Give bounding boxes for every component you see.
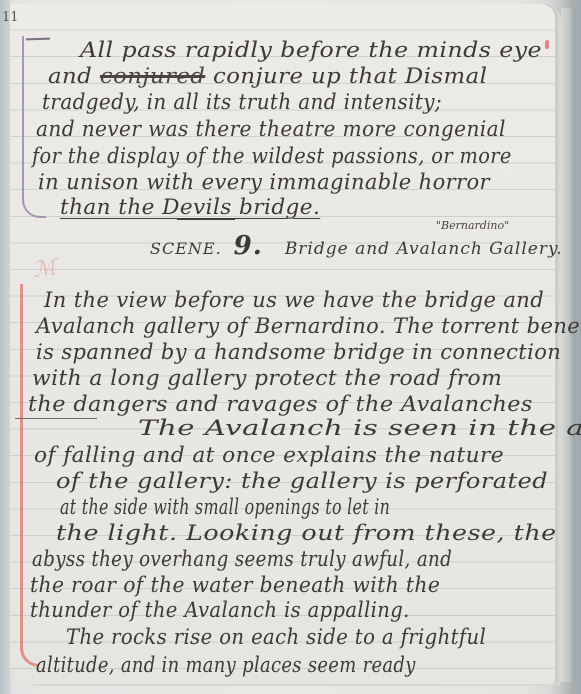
text-line: is spanned by a handsome bridge in conne… <box>36 340 561 364</box>
text-line: of falling and at once explains the natu… <box>34 443 504 467</box>
text-line: for the display of the wildest passions,… <box>32 144 512 168</box>
text-line: and never was there theatre more congeni… <box>36 117 506 141</box>
section-divider <box>177 218 235 220</box>
text-line: of the gallery: the gallery is perforate… <box>56 469 548 493</box>
text-line: the light. Looking out from these, the <box>56 521 557 545</box>
text-line: at the side with small openings to let i… <box>60 495 390 519</box>
text-line: The rocks rise on each side to a frightf… <box>66 625 486 649</box>
paragraph-rule <box>15 418 97 419</box>
red-ink-spot <box>545 40 549 49</box>
text-line: abyss they overhang seems truly awful, a… <box>32 547 452 571</box>
text-fragment <box>205 64 213 88</box>
struck-word: conjured <box>100 64 205 88</box>
text-line: All pass rapidly before the minds eye <box>80 38 542 62</box>
scene-title: Bridge and Avalanch Gallery. <box>285 239 563 259</box>
text-fragment: and <box>48 64 100 88</box>
text-line: Avalanch gallery of Bernardino. The torr… <box>36 314 581 338</box>
red-pencil-mark: ℳ <box>31 254 68 284</box>
text-line: than the Devils bridge. <box>60 195 320 219</box>
page-corner-mark: 11 <box>2 10 19 25</box>
text-line: thunder of the Avalanch is appalling. <box>30 598 410 622</box>
text-fragment: conjure up that Dismal <box>213 64 487 88</box>
page-stack-edge <box>561 8 575 682</box>
text-line: the roar of the water beneath with the <box>30 573 440 597</box>
manuscript-scan: 11 All pass rapidly before the minds eye… <box>0 0 581 694</box>
text-line: with a long gallery protect the road fro… <box>32 366 502 390</box>
text-line: The Avalanch is seen in the act <box>138 416 581 440</box>
text-line: tradgedy, in all its truth and intensity… <box>42 90 442 114</box>
scene-label: SCENE. <box>150 239 222 258</box>
text-line: in unison with every immaginable horror <box>38 170 490 194</box>
text-line: altitude, and in many places seem ready <box>36 653 416 677</box>
scene-heading: SCENE.9.Bridge and Avalanch Gallery. <box>150 231 563 261</box>
text-line: and conjured conjure up that Dismal <box>48 64 487 88</box>
text-line: the dangers and ravages of the Avalanche… <box>28 392 533 416</box>
scene-number: 9. <box>234 231 263 261</box>
text-line: In the view before us we have the bridge… <box>44 288 544 312</box>
binding-edge <box>0 0 10 694</box>
